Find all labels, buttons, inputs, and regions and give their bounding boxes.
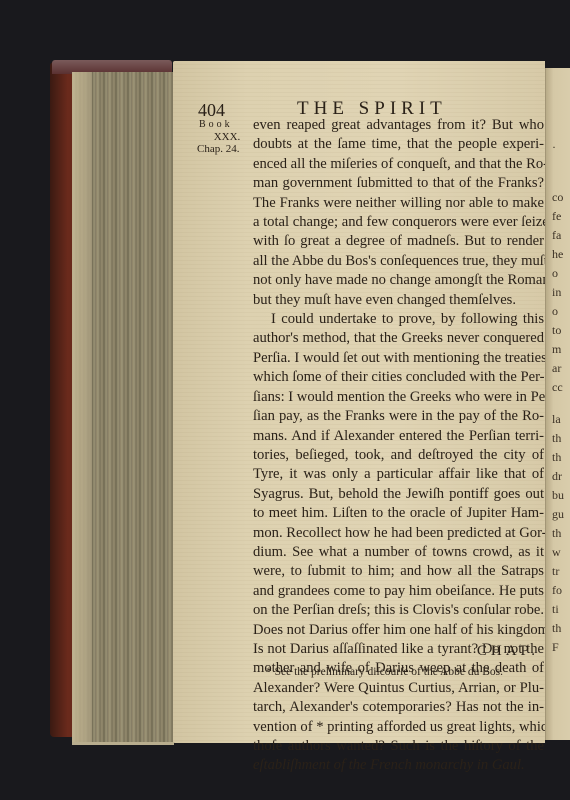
next-page-fragment: fo: [552, 583, 562, 598]
text-line: Alexander? Were Quintus Curtius, Arrian,…: [253, 679, 544, 698]
next-page-fragment: dr: [552, 469, 562, 484]
margin-note-chapter: Chap. 24.: [197, 143, 257, 155]
next-page-fragment: th: [552, 526, 561, 541]
text-line: to meet him. Liſten to the oracle of Jup…: [253, 504, 544, 523]
margin-note: Book XXX. Chap. 24.: [197, 119, 257, 155]
text-line: man government ſubmitted to that of the …: [253, 174, 544, 193]
next-page-fragment: in: [552, 285, 561, 300]
next-page-fragment: fa: [552, 228, 561, 243]
next-page-fragment: th: [552, 431, 561, 446]
text-line: tarch, Alexander's cotemporaries? Has no…: [253, 698, 544, 717]
text-line: and grandees come to pay him obeiſance. …: [253, 582, 544, 601]
text-line: ſian pay, as the Franks were in the pay …: [253, 407, 544, 426]
text-line-italic: eſtabliſhment of the French monarchy in …: [253, 756, 544, 775]
text-line: not only have made no change amongſt the…: [253, 271, 544, 290]
next-page-fragment: bu: [552, 488, 564, 503]
text-line: all the Abbe du Bos's conſequences true,…: [253, 252, 544, 271]
text-line: Syagrus. But, behold the Jewiſh pontiff …: [253, 485, 544, 504]
text-line: mans. And if Alexander entered the Perſi…: [253, 427, 544, 446]
next-page-fragment: he: [552, 247, 563, 262]
margin-note-book-number: XXX.: [197, 131, 257, 143]
footnote: * See the preliminary diſcourſe of the A…: [266, 666, 503, 678]
next-page-fragment: th: [552, 450, 561, 465]
text-line: Tyre, it was only a particular affair li…: [253, 465, 544, 484]
text-line: The Franks were neither willing nor able…: [253, 194, 544, 213]
text-line: with ſo great a degree of madneſs. But t…: [253, 232, 544, 251]
next-page-fragment: m: [552, 342, 561, 357]
text-line: mon. Recollect how he had been predicted…: [253, 524, 544, 543]
text-line: but they muſt have even changed themſelv…: [253, 291, 544, 310]
text-line: on the Perſian dreſs; this is Clovis's c…: [253, 601, 544, 620]
text-line: were, to ſubmit to him; and how all the …: [253, 562, 544, 581]
text-line: Perſia. I would ſet out with mentioning …: [253, 349, 544, 368]
text-line: which ſome of their cities concluded wit…: [253, 368, 544, 387]
text-line: enced all the miſeries of conqueſt, and …: [253, 155, 544, 174]
next-page-fragment: gu: [552, 507, 564, 522]
next-page-partial: ·cofefaheoinotomarcclaththdrbuguthwtrfot…: [545, 68, 570, 740]
text-line: I could undertake to prove, by following…: [253, 310, 544, 329]
next-page-fragment: ti: [552, 602, 559, 617]
next-page-fragment: th: [552, 621, 561, 636]
next-page-fragment: tr: [552, 564, 559, 579]
next-page-fragment: cc: [552, 380, 563, 395]
next-page-fragment: w: [552, 545, 561, 560]
text-line: tories, beſieged, took, and deſtroyed th…: [253, 446, 544, 465]
next-page-fragment: fe: [552, 209, 561, 224]
page-number: 404: [198, 100, 225, 121]
text-line: author's method, that the Greeks never c…: [253, 329, 544, 348]
page-stack-edge: [72, 72, 174, 745]
next-page-fragment: to: [552, 323, 561, 338]
text-line: vention of * printing afforded us great …: [253, 718, 544, 737]
next-page-fragment: o: [552, 266, 558, 281]
text-line: ſians: I would mention the Greeks who we…: [253, 388, 544, 407]
text-line: thoſe authors wanted? Such is the hiſtor…: [253, 737, 544, 756]
next-page-fragment: co: [552, 190, 563, 205]
next-page-fragment: F: [552, 640, 559, 655]
next-page-fragment: ar: [552, 361, 561, 376]
next-page-fragment: la: [552, 412, 561, 427]
catchword: CHAP.: [477, 643, 539, 660]
text-line: a total change; and few conquerors were …: [253, 213, 544, 232]
text-line: dium. See what a number of towns crowd, …: [253, 543, 544, 562]
next-page-fragment: o: [552, 304, 558, 319]
text-line: Does not Darius offer him one half of hi…: [253, 621, 544, 640]
margin-note-book: Book: [197, 119, 257, 131]
next-page-fragment: ·: [552, 140, 556, 155]
book-page: 404 THE SPIRIT Book XXX. Chap. 24. even …: [173, 61, 545, 743]
text-line: even reaped great advantages from it? Bu…: [253, 116, 544, 135]
text-line: doubts at the ſame time, that the people…: [253, 135, 544, 154]
